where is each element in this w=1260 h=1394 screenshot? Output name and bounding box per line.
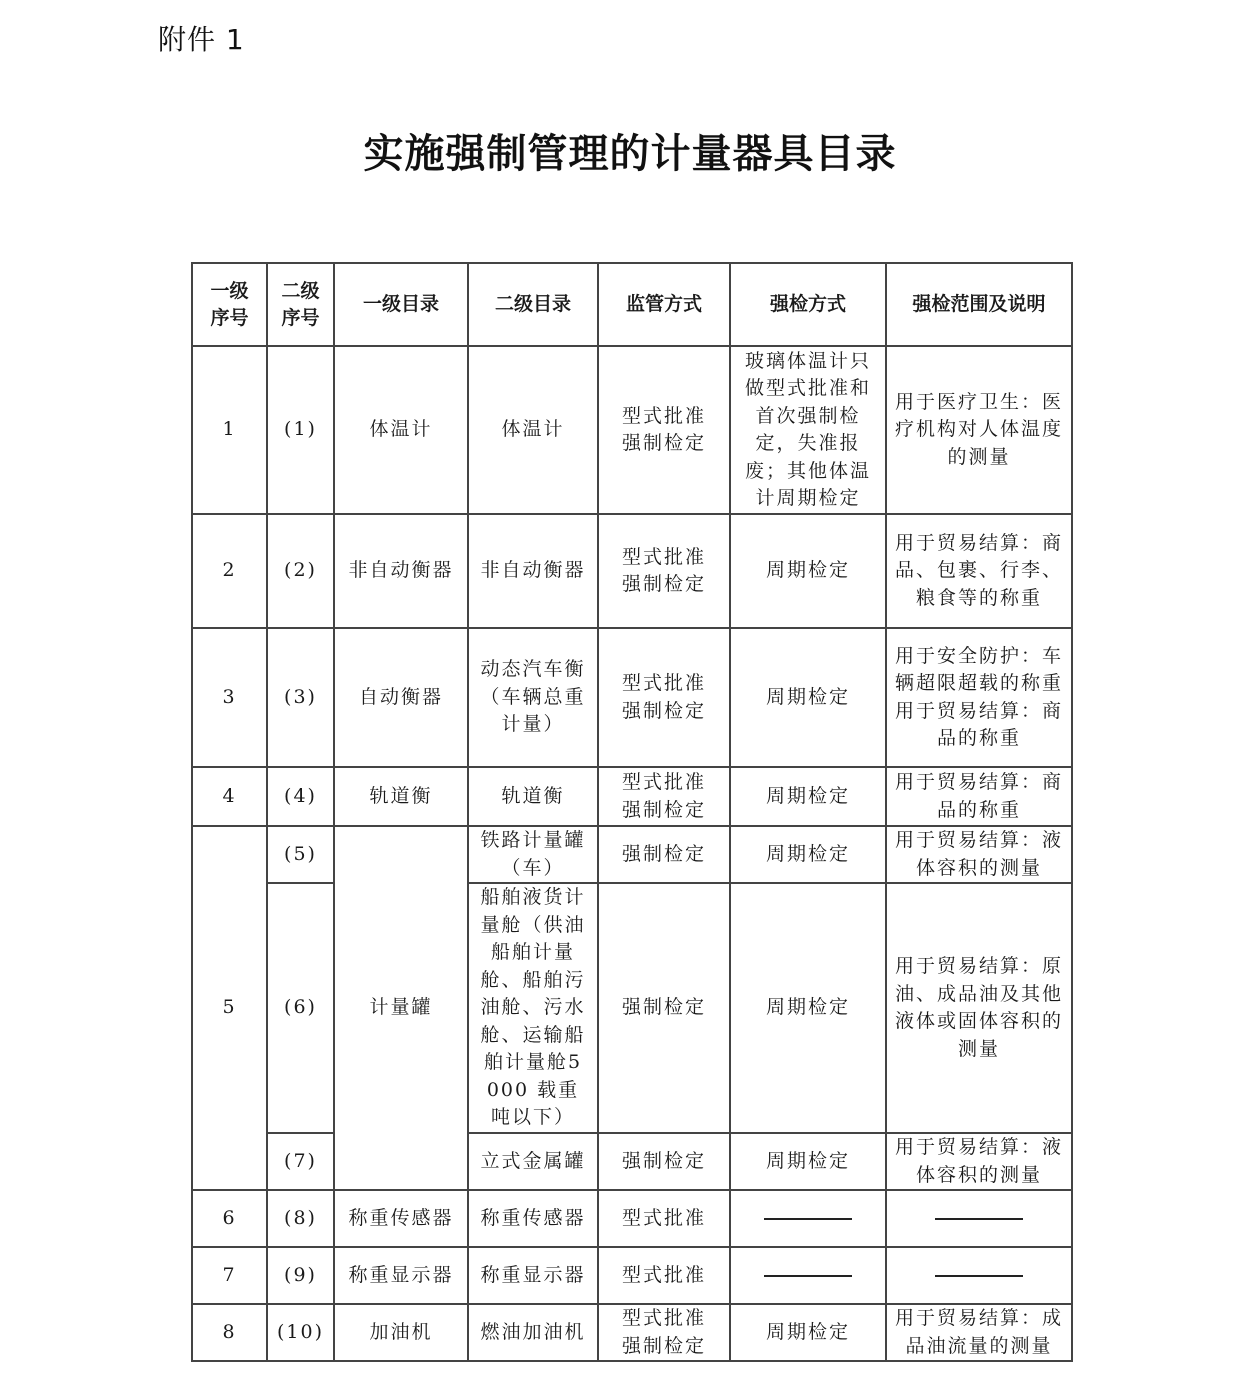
scope xyxy=(886,1247,1072,1304)
level1-catalog: 体温计 xyxy=(334,346,468,514)
level1-catalog: 自动衡器 xyxy=(334,628,468,767)
table-row: 5 (5) 计量罐 铁路计量罐（车） 强制检定 周期检定 用于贸易结算：液体容积… xyxy=(192,826,1072,883)
level2-no: (4) xyxy=(267,767,334,826)
supervision: 型式批准强制检定 xyxy=(598,1304,730,1361)
scope: 用于贸易结算：液体容积的测量 xyxy=(886,826,1072,883)
level2-no: (3) xyxy=(267,628,334,767)
level1-catalog: 称重传感器 xyxy=(334,1190,468,1247)
table-row: (6) 船舶液货计量舱（供油船舶计量舱、船舶污油舱、污水舱、运输船舶计量舱500… xyxy=(192,883,1072,1133)
inspection: 玻璃体温计只做型式批准和首次强制检定，失准报废；其他体温计周期检定 xyxy=(730,346,886,514)
table-row: 1 (1) 体温计 体温计 型式批准强制检定 玻璃体温计只做型式批准和首次强制检… xyxy=(192,346,1072,514)
header-level1-catalog: 一级目录 xyxy=(334,263,468,346)
header-row: 一级序号 二级序号 一级目录 二级目录 监管方式 强检方式 强检范围及说明 xyxy=(192,263,1072,346)
level1-no: 8 xyxy=(192,1304,267,1361)
level2-no: (8) xyxy=(267,1190,334,1247)
inspection: 周期检定 xyxy=(730,767,886,826)
inspection: 周期检定 xyxy=(730,883,886,1133)
attachment-label: 附件 1 xyxy=(158,18,245,58)
empty-dash xyxy=(764,1218,852,1220)
inspection: 周期检定 xyxy=(730,1304,886,1361)
header-level1-no: 一级序号 xyxy=(192,263,267,346)
empty-dash xyxy=(764,1275,852,1277)
empty-dash xyxy=(935,1218,1023,1220)
level1-catalog: 称重显示器 xyxy=(334,1247,468,1304)
level2-catalog: 铁路计量罐（车） xyxy=(468,826,598,883)
level1-no: 5 xyxy=(192,826,267,1190)
level2-no: (6) xyxy=(267,883,334,1133)
supervision: 型式批准强制检定 xyxy=(598,514,730,628)
header-supervision: 监管方式 xyxy=(598,263,730,346)
header-level2-catalog: 二级目录 xyxy=(468,263,598,346)
supervision: 强制检定 xyxy=(598,1133,730,1190)
level1-catalog: 非自动衡器 xyxy=(334,514,468,628)
level2-no: (5) xyxy=(267,826,334,883)
scope: 用于医疗卫生：医疗机构对人体温度的测量 xyxy=(886,346,1072,514)
level2-catalog: 轨道衡 xyxy=(468,767,598,826)
level2-no: (10) xyxy=(267,1304,334,1361)
inspection: 周期检定 xyxy=(730,826,886,883)
table-row: 2 (2) 非自动衡器 非自动衡器 型式批准强制检定 周期检定 用于贸易结算：商… xyxy=(192,514,1072,628)
table-row: 7 (9) 称重显示器 称重显示器 型式批准 xyxy=(192,1247,1072,1304)
level1-catalog: 加油机 xyxy=(334,1304,468,1361)
supervision: 型式批准强制检定 xyxy=(598,346,730,514)
inspection xyxy=(730,1247,886,1304)
scope: 用于贸易结算：原油、成品油及其他液体或固体容积的测量 xyxy=(886,883,1072,1133)
level2-catalog: 动态汽车衡（车辆总重计量） xyxy=(468,628,598,767)
supervision: 强制检定 xyxy=(598,883,730,1133)
level1-no: 3 xyxy=(192,628,267,767)
level2-catalog: 船舶液货计量舱（供油船舶计量舱、船舶污油舱、污水舱、运输船舶计量舱5000 载重… xyxy=(468,883,598,1133)
scope: 用于贸易结算：成品油流量的测量 xyxy=(886,1304,1072,1361)
level1-catalog: 轨道衡 xyxy=(334,767,468,826)
header-scope: 强检范围及说明 xyxy=(886,263,1072,346)
scope: 用于贸易结算：商品的称重 xyxy=(886,767,1072,826)
level2-no: (2) xyxy=(267,514,334,628)
level2-catalog: 非自动衡器 xyxy=(468,514,598,628)
scope: 用于贸易结算：液体容积的测量 xyxy=(886,1133,1072,1190)
inspection xyxy=(730,1190,886,1247)
level1-no: 7 xyxy=(192,1247,267,1304)
level2-no: (1) xyxy=(267,346,334,514)
level2-catalog: 称重显示器 xyxy=(468,1247,598,1304)
page-title: 实施强制管理的计量器具目录 xyxy=(0,122,1260,179)
level2-catalog: 称重传感器 xyxy=(468,1190,598,1247)
scope xyxy=(886,1190,1072,1247)
level2-catalog: 燃油加油机 xyxy=(468,1304,598,1361)
header-level2-no: 二级序号 xyxy=(267,263,334,346)
table-row: 4 (4) 轨道衡 轨道衡 型式批准强制检定 周期检定 用于贸易结算：商品的称重 xyxy=(192,767,1072,826)
level1-no: 4 xyxy=(192,767,267,826)
supervision: 型式批准 xyxy=(598,1247,730,1304)
inspection: 周期检定 xyxy=(730,628,886,767)
level2-catalog: 体温计 xyxy=(468,346,598,514)
supervision: 强制检定 xyxy=(598,826,730,883)
supervision: 型式批准强制检定 xyxy=(598,767,730,826)
header-inspection: 强检方式 xyxy=(730,263,886,346)
inspection: 周期检定 xyxy=(730,514,886,628)
scope: 用于贸易结算：商品、包裹、行李、粮食等的称重 xyxy=(886,514,1072,628)
table-row: 8 (10) 加油机 燃油加油机 型式批准强制检定 周期检定 用于贸易结算：成品… xyxy=(192,1304,1072,1361)
table-row: 6 (8) 称重传感器 称重传感器 型式批准 xyxy=(192,1190,1072,1247)
table-row: 3 (3) 自动衡器 动态汽车衡（车辆总重计量） 型式批准强制检定 周期检定 用… xyxy=(192,628,1072,767)
supervision: 型式批准 xyxy=(598,1190,730,1247)
level1-no: 6 xyxy=(192,1190,267,1247)
scope: 用于安全防护：车辆超限超载的称重用于贸易结算：商品的称重 xyxy=(886,628,1072,767)
level1-no: 2 xyxy=(192,514,267,628)
inspection: 周期检定 xyxy=(730,1133,886,1190)
table-row: (7) 立式金属罐 强制检定 周期检定 用于贸易结算：液体容积的测量 xyxy=(192,1133,1072,1190)
level2-no: (9) xyxy=(267,1247,334,1304)
supervision: 型式批准强制检定 xyxy=(598,628,730,767)
empty-dash xyxy=(935,1275,1023,1277)
measuring-instruments-table: 一级序号 二级序号 一级目录 二级目录 监管方式 强检方式 强检范围及说明 1 … xyxy=(191,262,1073,1362)
level2-catalog: 立式金属罐 xyxy=(468,1133,598,1190)
level2-no: (7) xyxy=(267,1133,334,1190)
level1-catalog: 计量罐 xyxy=(334,826,468,1190)
level1-no: 1 xyxy=(192,346,267,514)
